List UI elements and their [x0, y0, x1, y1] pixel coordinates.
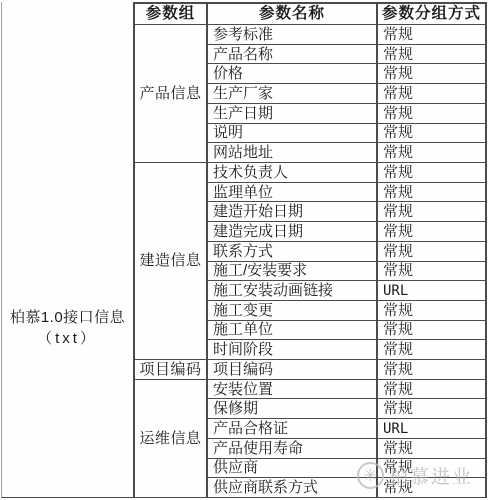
grouping-method-cell: 常规	[378, 202, 487, 222]
param-name-cell: 产品名称	[208, 45, 378, 65]
param-name-cell: 联系方式	[208, 242, 378, 262]
grouping-method-cell: 常规	[378, 222, 487, 242]
grouping-method-cell: 常规	[378, 459, 487, 479]
param-name-cell: 产品合格证	[208, 419, 378, 439]
param-name-cell: 时间阶段	[208, 340, 378, 360]
param-name-cell: 参考标准	[208, 25, 378, 45]
param-name-cell: 施工/安装要求	[208, 262, 378, 282]
param-group-cell: 项目编码	[135, 360, 208, 380]
grouping-method-cell: 常规	[378, 64, 487, 84]
grouping-method-cell: 常规	[378, 25, 487, 45]
source-file-label-cell: 柏慕1.0接口信息 （txt）	[1, 2, 135, 498]
param-name-cell: 项目编码	[208, 360, 378, 380]
param-name-cell: 技术负责人	[208, 163, 378, 183]
grouping-method-cell: 常规	[378, 301, 487, 321]
parameter-table: 柏慕1.0接口信息 （txt） 参数组 参数名称 参数分组方式 产品信息参考标准…	[1, 2, 487, 498]
grouping-method-cell: 常规	[378, 84, 487, 104]
param-name-cell: 建造完成日期	[208, 222, 378, 242]
param-group-cell: 建造信息	[135, 163, 208, 360]
grouping-method-cell: 常规	[378, 104, 487, 124]
param-name-cell: 产品使用寿命	[208, 439, 378, 459]
header-param-grouping-method: 参数分组方式	[378, 2, 487, 25]
param-name-cell: 价格	[208, 64, 378, 84]
grouping-method-cell: 常规	[378, 439, 487, 459]
param-name-cell: 施工安装动画链接	[208, 281, 378, 301]
grouping-method-cell: 常规	[378, 380, 487, 400]
param-name-cell: 施工单位	[208, 321, 378, 341]
source-file-label: 柏慕1.0接口信息 （txt）	[2, 307, 133, 349]
source-file-title: 柏慕1.0接口信息	[2, 307, 133, 328]
param-name-cell: 网站地址	[208, 143, 378, 163]
param-group-cell: 运维信息	[135, 380, 208, 498]
param-name-cell: 生产厂家	[208, 84, 378, 104]
grouping-method-cell: URL	[378, 281, 487, 301]
grouping-method-cell: 常规	[378, 321, 487, 341]
grouping-method-cell: 常规	[378, 45, 487, 65]
param-name-cell: 生产日期	[208, 104, 378, 124]
header-param-group: 参数组	[135, 2, 208, 25]
param-name-cell: 安装位置	[208, 380, 378, 400]
grouping-method-cell: 常规	[378, 163, 487, 183]
grouping-method-cell: 常规	[378, 124, 487, 144]
grouping-method-cell: URL	[378, 419, 487, 439]
grouping-method-cell: 常规	[378, 340, 487, 360]
param-name-cell: 供应商	[208, 459, 378, 479]
grouping-method-cell: 常规	[378, 242, 487, 262]
param-name-cell: 监理单位	[208, 183, 378, 203]
grouping-method-cell: 常规	[378, 143, 487, 163]
header-param-name: 参数名称	[208, 2, 378, 25]
screenshot: 柏慕1.0接口信息 （txt） 参数组 参数名称 参数分组方式 产品信息参考标准…	[0, 0, 488, 500]
grouping-method-cell: 常规	[378, 183, 487, 203]
grouping-method-cell: 常规	[378, 478, 487, 498]
param-name-cell: 供应商联系方式	[208, 478, 378, 498]
source-file-format: （txt）	[2, 328, 133, 349]
param-name-cell: 说明	[208, 124, 378, 144]
grouping-method-cell: 常规	[378, 262, 487, 282]
param-name-cell: 保修期	[208, 399, 378, 419]
param-group-cell: 产品信息	[135, 25, 208, 163]
param-name-cell: 建造开始日期	[208, 202, 378, 222]
grouping-method-cell: 常规	[378, 360, 487, 380]
grouping-method-cell: 常规	[378, 399, 487, 419]
param-name-cell: 施工变更	[208, 301, 378, 321]
